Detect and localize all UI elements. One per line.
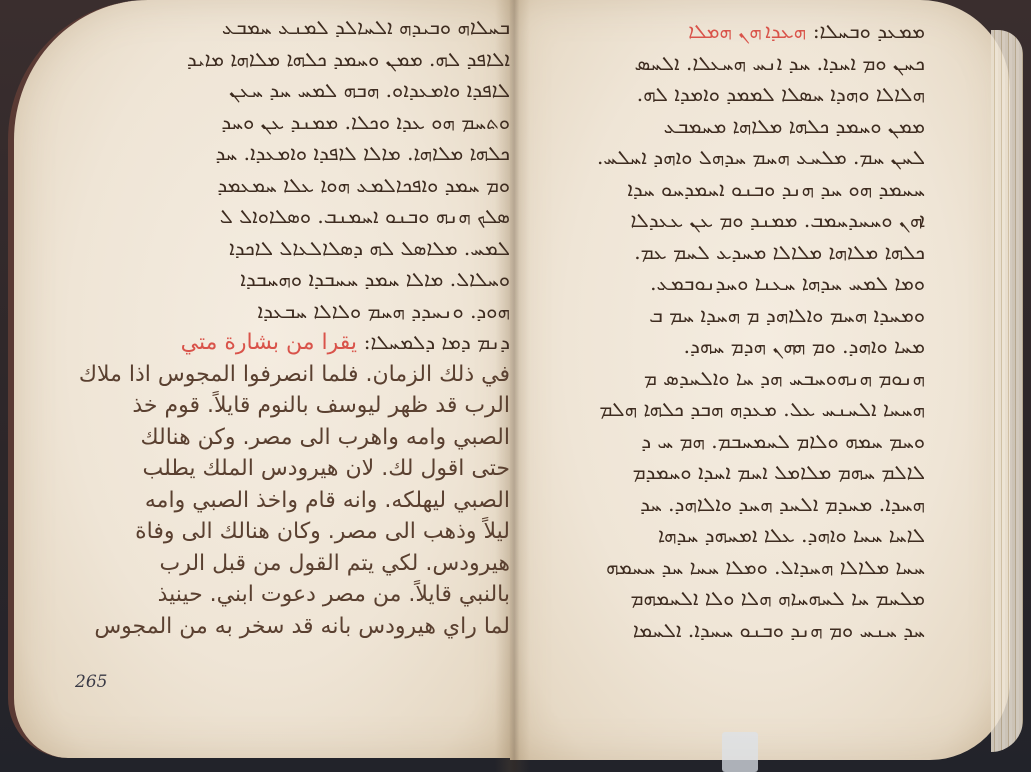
text-line: ܟܠܗܐ ܡܠܐܗܐ ܡܠܐܠܐ ܡܚܕܥ ܠܚܡ ܥܡ. [530, 237, 925, 269]
text-line: ܗܢܘܡ ܗܢܗܘܚܒܚ ܗܕ ܚܐ ܘܐܠܚܕܣ ܡ [530, 363, 925, 395]
left-page-text: ܒܚܠܐܗ ܘܒܝܕܗ ܐܠܚܐܠܕ ܠܡܢܥ ܚܡܒܥ ܐܠܐܦܕ ܠܗ. ܡ… [60, 4, 510, 642]
arabic-line: لما راي هيرودس بانه قد سخر به من المجوس [60, 611, 510, 643]
header-rubric: ܗܥܕܐ ܗܢ ܗܡܠܐ [688, 19, 806, 43]
text-line: ܟܠܗܐ ܡܠܐܗܐ. ܡܐܠܐ ܠܐܦܕܐ ܘܐܡܥܕܐ. ܚܕ [60, 138, 510, 170]
arabic-line: بالنبي قايلاً. من مصر دعوت ابني. حينيذ [60, 579, 510, 611]
text-line: ܐܗܢ ܘܚܚܕܚܡܒ. ܡܡܢܕ ܘܡ ܥܢ ܥܥܕܠܐ [530, 205, 925, 237]
text-line: ܚܕ ܚܢܚ ܘܡ ܗܢܕ ܘܒܢܘ ܚܚܕܐ. ܐܠܚܡܐ [530, 615, 925, 647]
right-page-text: ܡܡܥܕ ܘܒܚܠܐ: ܗܥܕܐ ܗܢ ܗܡܠܐ ܟܚܢ ܘܡ ܐܚܕܐ. ܚܕ… [530, 16, 925, 646]
rubric-line: ܕܢܡ ܕܡܐ ܕܠܡܚܠܐ: يقرا من بشارة متي [60, 327, 510, 359]
text-line: ܠܐܚܐ ܚܚܐ ܘܐܗܕ. ܥܠܐ ܐܡܚܗܕ ܚܕܗܐ [530, 520, 925, 552]
text-line: ܘܚܠܐܠ. ܡܐܠܐ ܚܡܕ ܚܚܒܕܐ ܘܗܚܒܕܐ [60, 264, 510, 296]
page-edges [991, 30, 1023, 752]
folio-number: 265 [75, 672, 107, 692]
text-line: ܟܚܢ ܘܡ ܐܚܕܐ. ܚܕ ܐܢܚ ܗܚܥܠܐ. ܐܠܚܣ [530, 48, 925, 80]
text-line: ܡܚܐ ܘܐܗܕ. ܘܡ ܗܗܢ ܗܕܡ ܚܗܕ. [530, 331, 925, 363]
page-clip [722, 732, 758, 772]
arabic-line: هيرودس. لكي يتم القول من قبل الرب [60, 548, 510, 580]
text-line: ܡܠܚܡ ܚܐ ܠܚܗܚܐܗ ܗܠܐ ܘܠܐ ܐܠܚܡܗܡ [530, 583, 925, 615]
arabic-line: حتى اقول لك. لان هيرودس الملك يطلب [60, 453, 510, 485]
arabic-line: في ذلك الزمان. فلما انصرفوا المجوس اذا م… [60, 359, 510, 391]
text-line: ܐܠܐܦܕ ܠܗ. ܡܡܢ ܘܚܡܕ ܟܠܗܐ ܡܠܐܗܐ ܡܐܝܕ [60, 44, 510, 76]
arabic-line: الصبي وامه واهرب الى مصر. وكن هنالك [60, 422, 510, 454]
rubric-arabic-heading: يقرا من بشارة متي [181, 330, 357, 355]
text-line: ܣܠܟ ܗܢܗ ܘܒܢܘ ܐܚܡܢܒ. ܘܣܠܐܘܐܠ ܠ [60, 201, 510, 233]
text-line: ܡܡܢ ܘܚܡܕ ܟܠܗܐ ܡܠܐܗܐ ܡܚܡܒܥ [530, 111, 925, 143]
arabic-line: الصبي ليهلكه. وانه قام واخذ الصبي وامه [60, 485, 510, 517]
text-line: ܗܠܐܠܐ ܘܗܕܐ ܚܣܠܐ ܠܡܡܕ ܘܐܡܕܐ ܠܗ. [530, 79, 925, 111]
text-line: ܠܐܦܕܐ ܘܐܡܥܕܐܘ. ܗܒܗ ܠܡܚ ܚܕ ܚܥܢ [60, 75, 510, 107]
manuscript-book: ܒܚܠܐܗ ܘܒܝܕܗ ܐܠܚܐܠܕ ܠܡܢܥ ܚܡܒܥ ܐܠܐܦܕ ܠܗ. ܡ… [0, 0, 1031, 772]
arabic-line: ليلاً وذهب الى مصر. وكان هنالك الى وفاة [60, 516, 510, 548]
text-line: ܗܘܕ. ܘܢܚܕܕ ܗܚܡ ܘܠܐܠܐ ܚܒܥܕܐ [60, 296, 510, 328]
rubric-syriac: ܕܢܡ ܕܡܐ ܕܠܡܚܠܐ: [364, 330, 510, 354]
text-line: ܘܬܚܡ ܗܘ ܥܕܐ ܘܟܠܐ. ܡܡܢܕ ܥܢ ܘܚܕ [60, 107, 510, 139]
header-syriac: ܡܡܥܕ ܘܒܚܠܐ: [813, 19, 925, 43]
text-line: ܠܐܠܡ ܚܗܡ ܡܠܐܡܠ ܐܚܡ ܐܚܕܐ ܘܚܡܕܡ [530, 457, 925, 489]
text-line: ܘܡܐ ܠܡܚ ܚܕܗܐ ܚܥܢܐ ܘܚܕܢܘܒܡܥ. [530, 268, 925, 300]
arabic-line: الرب قد ظهر ليوسف بالنوم قايلاً. قوم خذ [60, 390, 510, 422]
text-line: ܠܡܚ. ܡܠܐܣܠ ܠܗ ܕܣܠܐܠܥܐܠ ܠܐܟܕܐ [60, 233, 510, 265]
text-line: ܠܚܢ ܚܡ. ܡܠܚܥ ܗܚܡ ܚܕܗܠ ܘܐܗܕ ܐܚܠܚ. [530, 142, 925, 174]
text-line: ܘܡܚܕܐ ܗܚܡ ܘܐܠܐܗܕ ܡ ܗܚܕܐ ܚܡ ܒ [530, 300, 925, 332]
header-line: ܡܡܥܕ ܘܒܚܠܐ: ܗܥܕܐ ܗܢ ܗܡܠܐ [530, 16, 925, 48]
text-line: ܒܚܠܐܗ ܘܒܝܕܗ ܐܠܚܐܠܕ ܠܡܢܥ ܚܡܒܥ [60, 12, 510, 44]
text-line: ܚܚܐ ܡܠܐܠܐ ܗܚܕܐܠ. ܘܡܠܐ ܚܚܐ ܚܕ ܚܚܡܗ [530, 552, 925, 584]
text-line: ܘܡ ܚܡܕ ܘܐܦܟܐܠܡܥ ܗܘܐ ܥܠܐ ܚܡܥܡܕ [60, 170, 510, 202]
text-line: ܘܚܡ ܚܡܗ ܘܠܐܡ ܠܚܡܚܒܡ. ܗܡ ܚ ܕ [530, 426, 925, 458]
text-line: ܗܚܚܐ ܐܠܚܢܚ ܥܠ. ܡܥܕܗ ܗܒܕ ܟܠܗܐ ܗܠܡ [530, 394, 925, 426]
text-line: ܗܚܕܐ. ܡܚܕܡ ܐܠܚܕ ܗܚܕ ܘܐܠܐܗܕ. ܚܕ [530, 489, 925, 521]
text-line: ܚܚܡܕ ܗܘ ܚܕ ܗܢܕ ܘܒܢܘ ܐܚܡܕܚܘ ܚܕܐ [530, 174, 925, 206]
